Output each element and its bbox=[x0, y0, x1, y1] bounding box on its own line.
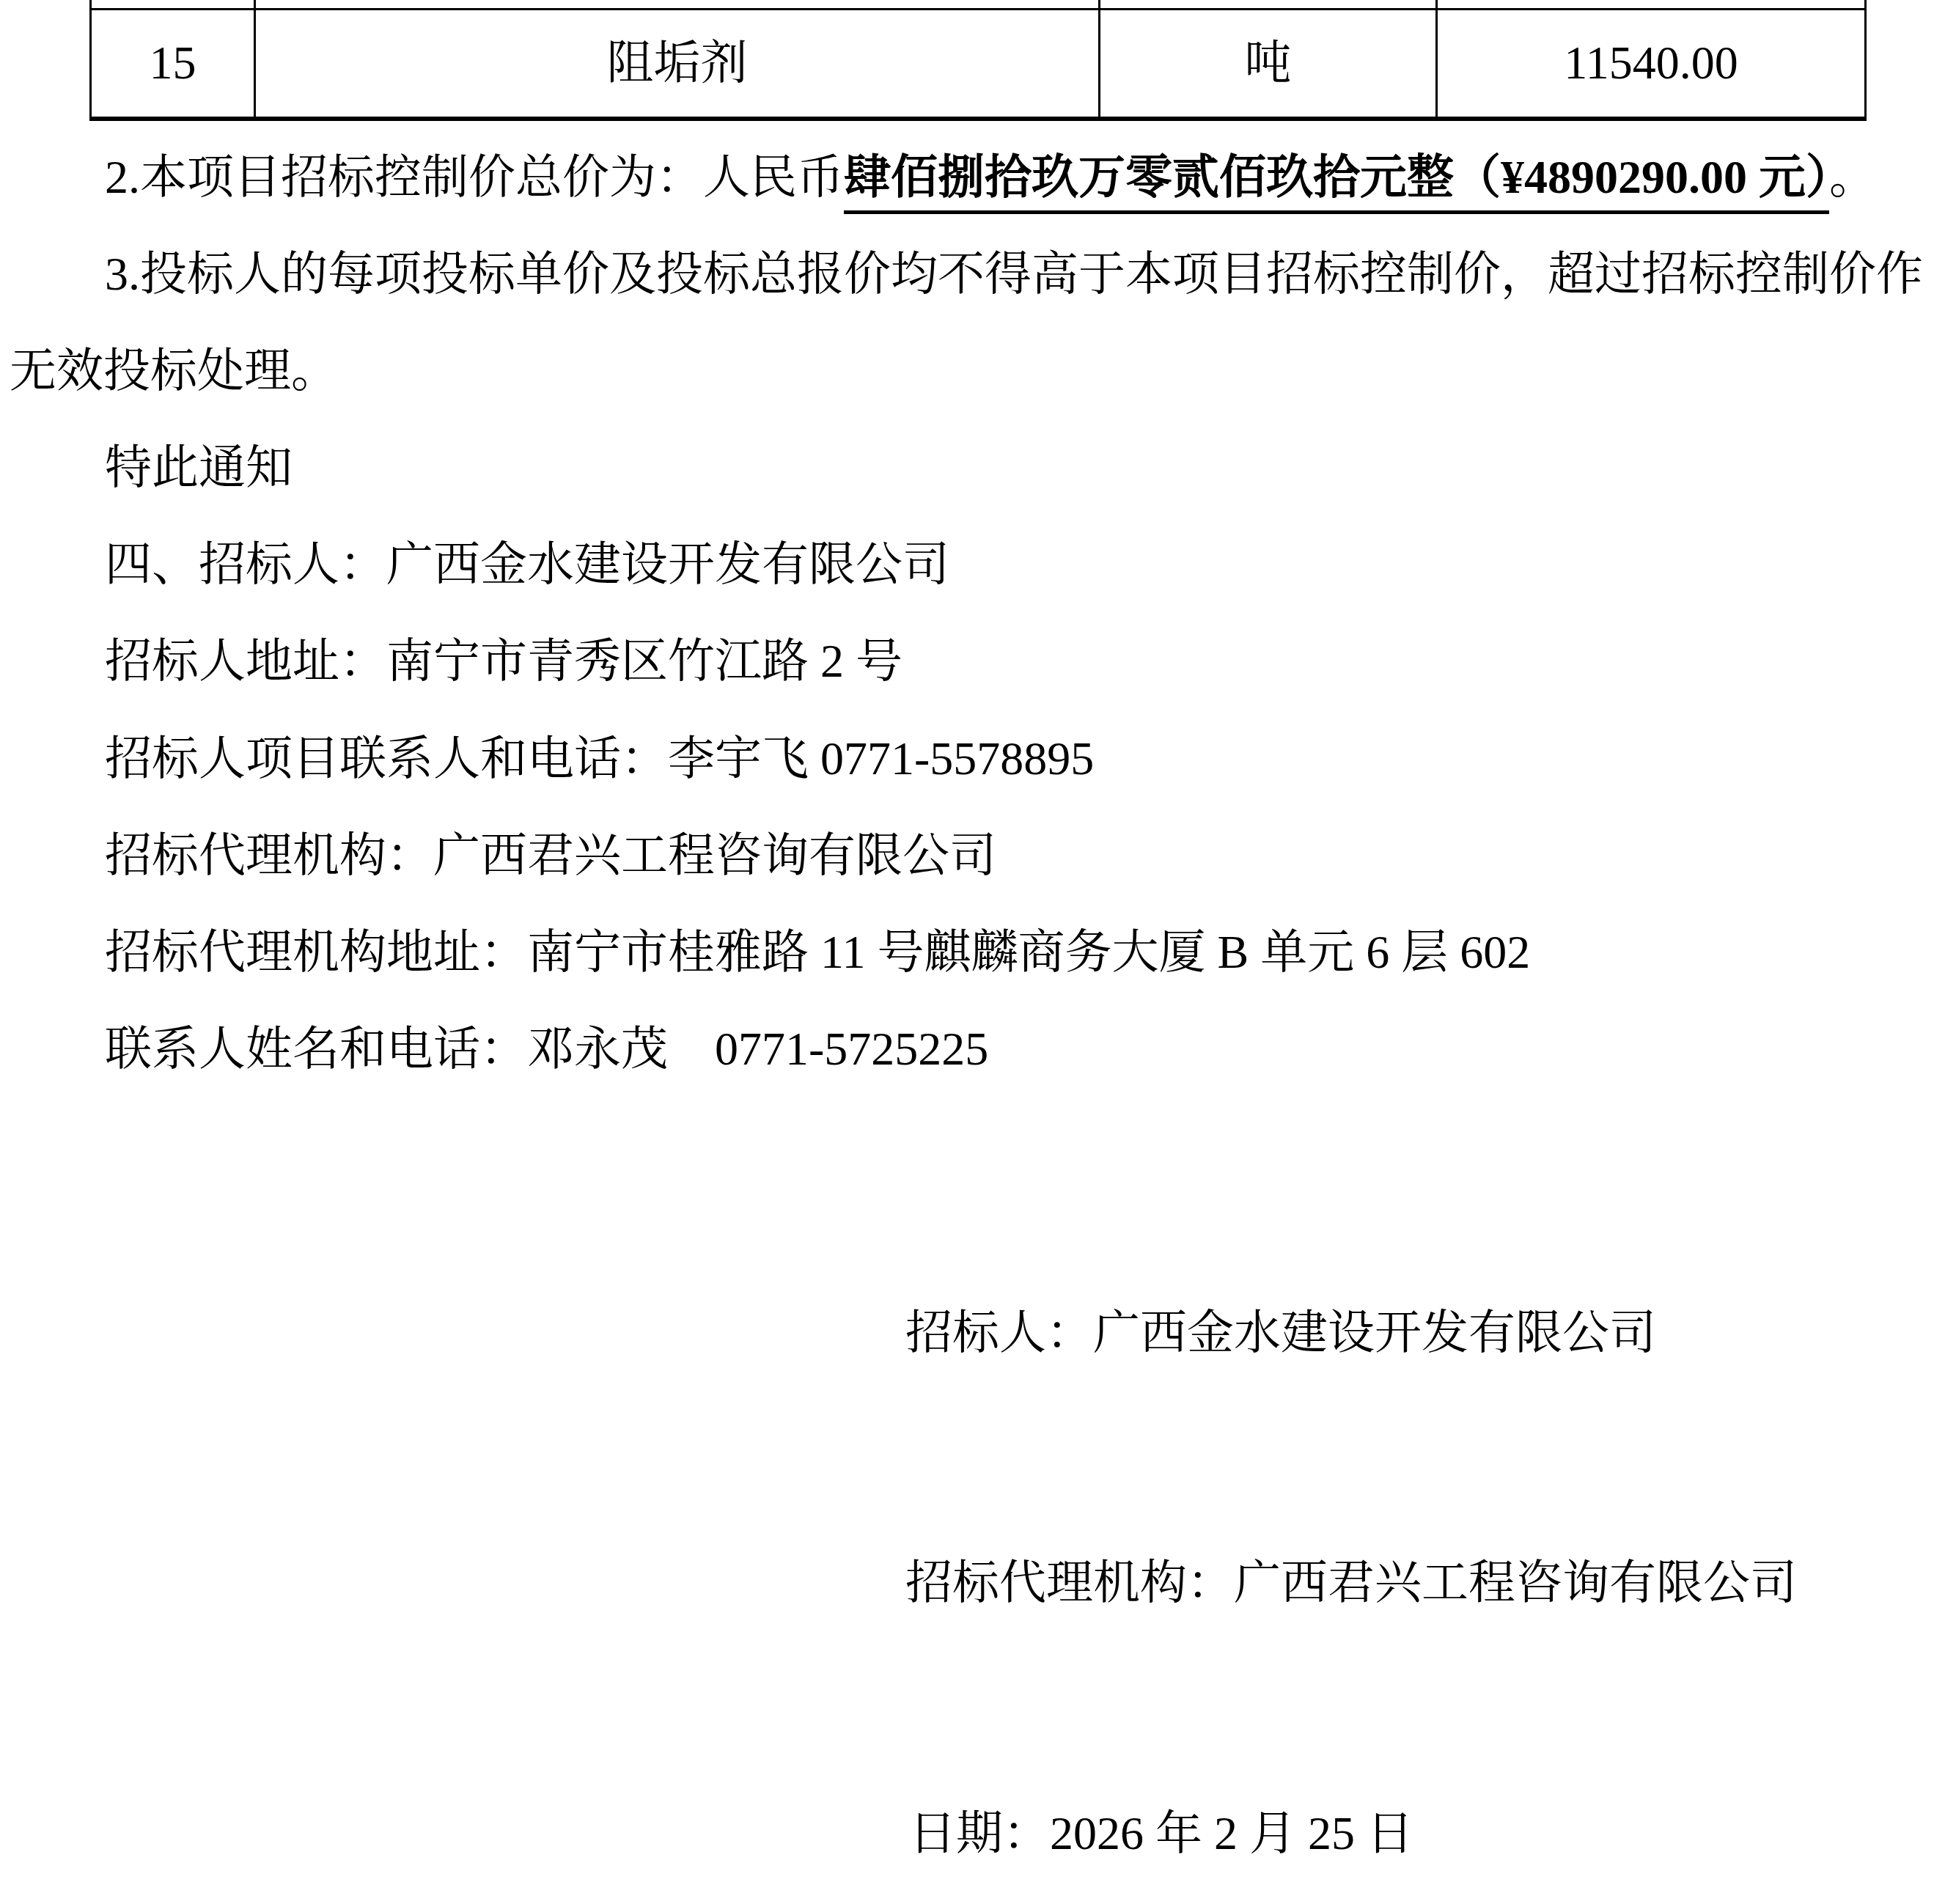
signature-agency: 招标代理机构：广西君兴工程咨询有限公司 bbox=[905, 1556, 1797, 1610]
table-row-15: 15 阻垢剂 吨 11540.00 bbox=[91, 9, 1866, 119]
paragraph-bid-rule-line2: 无效投标处理。 bbox=[10, 344, 338, 398]
table-cell-empty bbox=[91, 0, 255, 9]
table-cell-empty bbox=[1437, 0, 1866, 9]
bidder-contact: 招标人项目联系人和电话：李宇飞 0771-5578895 bbox=[105, 732, 1094, 786]
signature-bidder: 招标人：广西金水建设开发有限公司 bbox=[905, 1306, 1656, 1360]
control-price-amount: 肆佰捌拾玖万零贰佰玖拾元整（¥4890290.00 元） bbox=[844, 151, 1829, 214]
control-price-suffix: 。 bbox=[1829, 151, 1876, 203]
date-line: 日期：2026 年 2 月 25 日 bbox=[909, 1806, 1413, 1861]
agency-name: 招标代理机构：广西君兴工程咨询有限公司 bbox=[105, 828, 996, 883]
section-four-bidder: 四、招标人：广西金水建设开发有限公司 bbox=[105, 537, 949, 592]
table-cell-empty bbox=[1100, 0, 1437, 9]
notice-line: 特此通知 bbox=[105, 441, 293, 495]
paragraph-bid-rule-line1: 3.投标人的每项投标单价及投标总报价均不得高于本项目招标控制价，超过招标控制价作 bbox=[105, 247, 1923, 301]
control-price-prefix: 2.本项目招标控制价总价为：人民币 bbox=[105, 151, 844, 203]
table-cell-price: 11540.00 bbox=[1437, 9, 1866, 119]
table-cell-empty bbox=[255, 0, 1100, 9]
document-page: 15 阻垢剂 吨 11540.00 2.本项目招标控制价总价为：人民币肆佰捌拾玖… bbox=[0, 0, 1956, 1904]
paragraph-control-price: 2.本项目招标控制价总价为：人民币肆佰捌拾玖万零贰佰玖拾元整（¥4890290.… bbox=[105, 150, 1876, 205]
price-table: 15 阻垢剂 吨 11540.00 bbox=[89, 0, 1867, 121]
table-row-partial bbox=[91, 0, 1866, 9]
table-cell-no: 15 bbox=[91, 9, 255, 119]
table-cell-item: 阻垢剂 bbox=[255, 9, 1100, 119]
agency-contact: 联系人姓名和电话：邓永茂 0771-5725225 bbox=[105, 1022, 988, 1076]
table-cell-unit: 吨 bbox=[1100, 9, 1437, 119]
agency-address: 招标代理机构地址：南宁市桂雅路 11 号麒麟商务大厦 B 单元 6 层 602 bbox=[105, 925, 1530, 979]
bidder-address: 招标人地址：南宁市青秀区竹江路 2 号 bbox=[105, 634, 902, 688]
